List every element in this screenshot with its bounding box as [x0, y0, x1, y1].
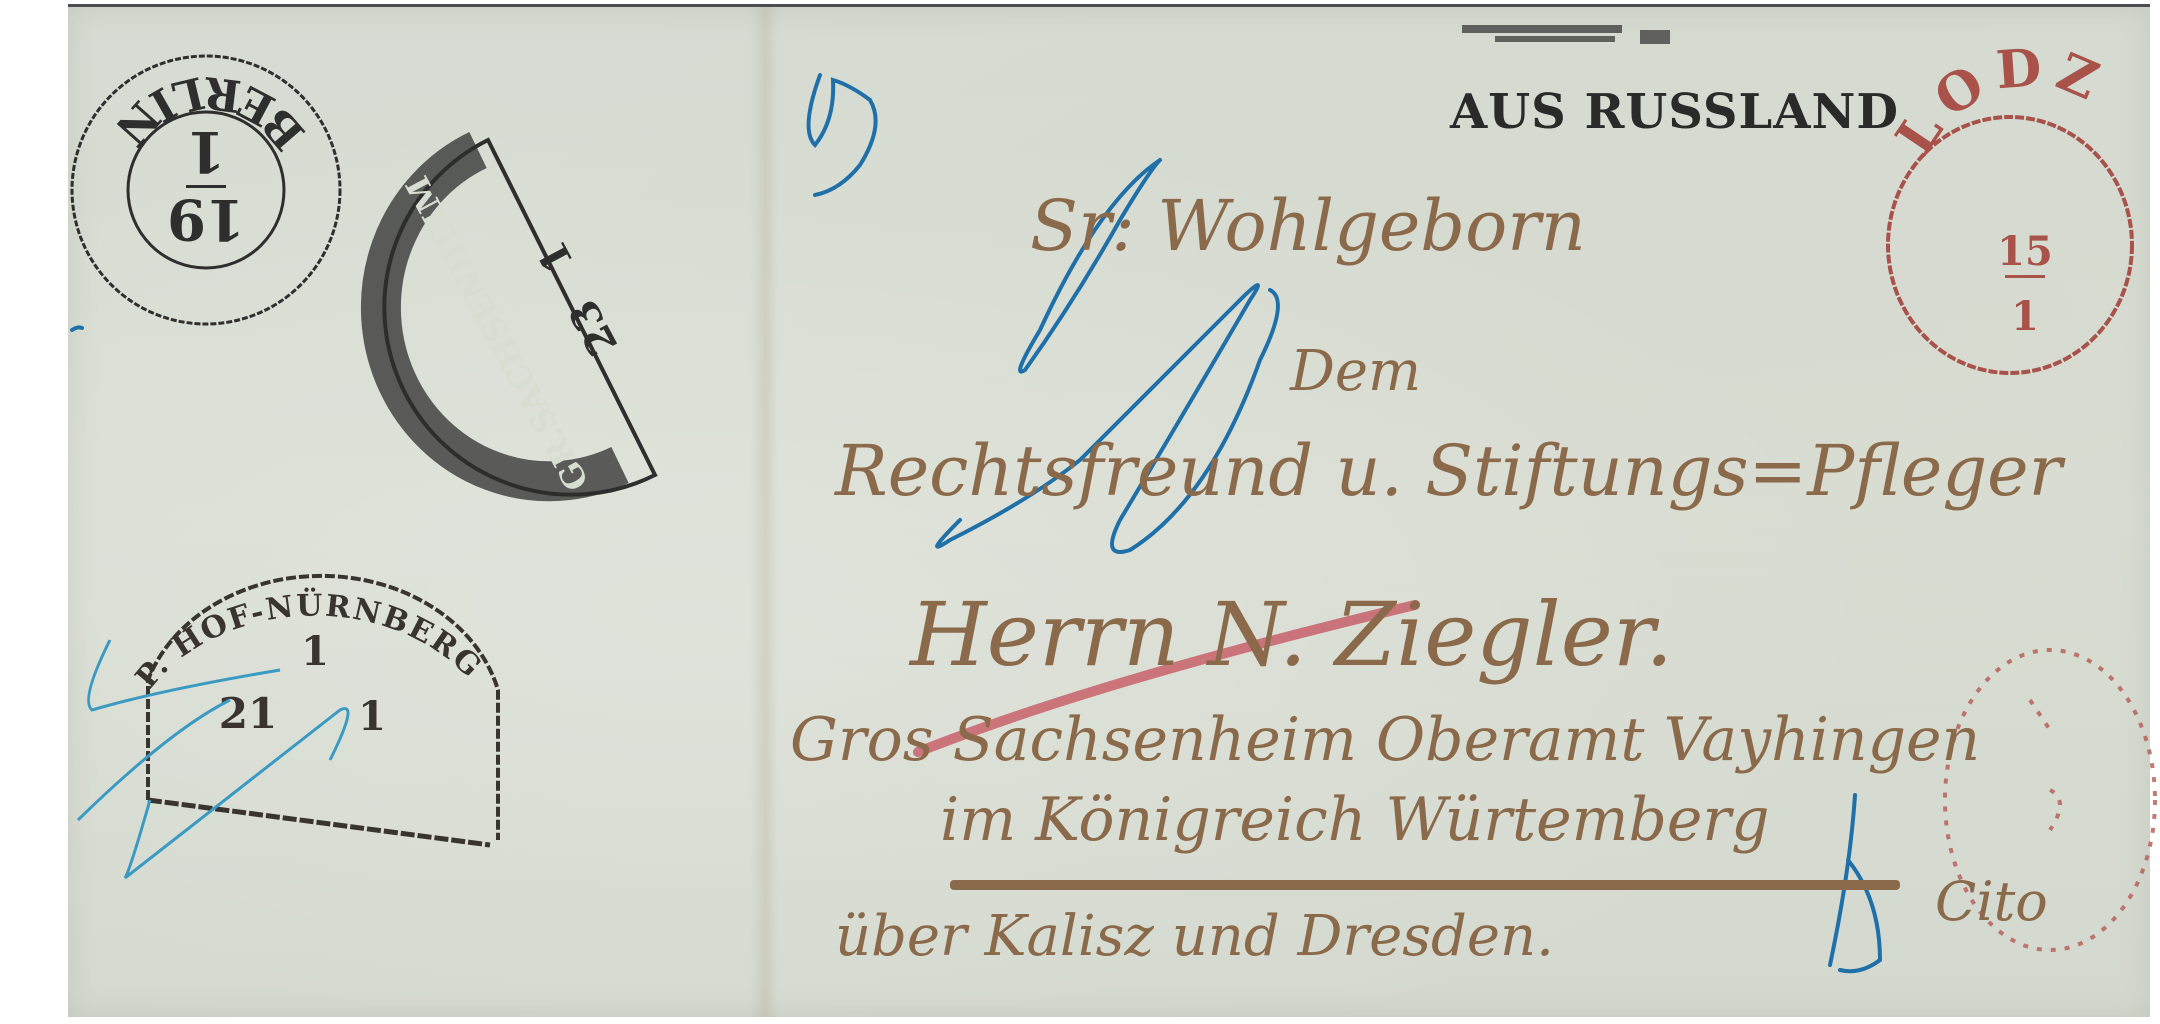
underline-rule [950, 880, 1900, 890]
berlin-day: 19 [167, 186, 245, 252]
address-line-6: im Königreich Würtemberg [940, 785, 1770, 855]
aus-russland-handstamp: AUS RUSSLAND [1449, 84, 1899, 140]
hof-nurnberg-day: 21 [219, 689, 277, 738]
svg-text:LODZ: LODZ [1884, 37, 2116, 166]
lodz-day: 15 [1997, 228, 2053, 275]
address-line-4: Herrn N. Ziegler. [908, 583, 1673, 686]
lodz-town: LODZ [1884, 37, 2116, 166]
cito-note: Cito [1935, 870, 2048, 933]
hof-nurnberg-month-top: 1 [301, 628, 329, 675]
berlin-month: 1 [187, 118, 226, 184]
cover-markings: 19 1 BERLIN GR.SACHSENHEIM 23 1 ... P. H… [0, 0, 2160, 1024]
obliterated-handstamp [1462, 25, 1670, 44]
berlin-postmark: 19 1 BERLIN [72, 56, 340, 324]
sachsenheim-postmark: GR.SACHSENHEIM 23 1 [381, 140, 655, 497]
address-line-2: Dem [1289, 339, 1421, 404]
hof-nurnberg-month: 1 [358, 693, 386, 740]
address-line-3: Rechtsfreund u. Stiftungs=Pfleger [833, 430, 2066, 512]
lodz-postmark: LODZ 15 1 [1884, 37, 2132, 373]
address-line-5: Gros Sachsenheim Oberamt Vayhingen [790, 705, 1980, 775]
lodz-month: 1 [2011, 293, 2039, 340]
manuscript-address: Sr: Wohlgeborn Dem Rechtsfreund u. Stift… [790, 185, 2066, 969]
address-line-7: über Kalisz und Dresden. [835, 904, 1554, 969]
blue-numeral-3 [809, 75, 876, 195]
address-line-1: Sr: Wohlgeborn [1030, 185, 1586, 267]
